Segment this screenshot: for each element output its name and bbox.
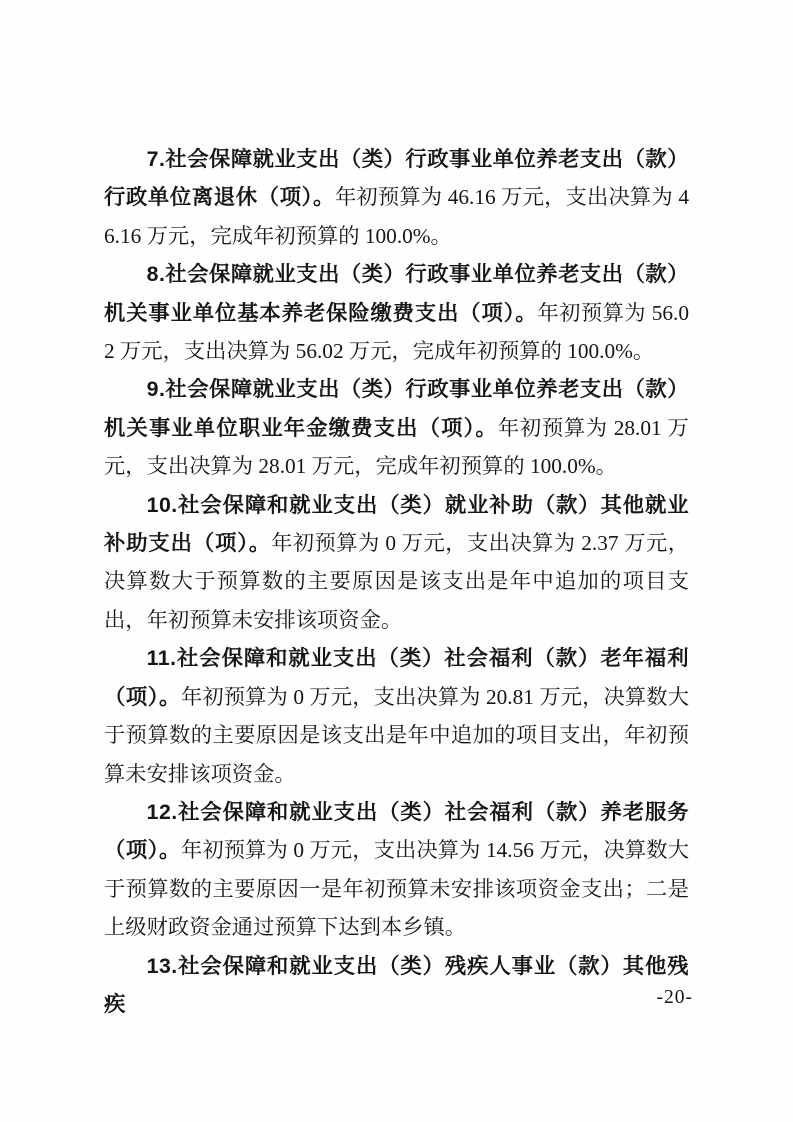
paragraph-body: 年初预算为 0 万元，支出决算为 20.81 万元，决算数大于预算数的主要原因是… <box>104 685 689 786</box>
document-page: 7.社会保障就业支出（类）行政事业单位养老支出（款）行政单位离退休（项）。年初预… <box>0 0 793 1122</box>
paragraph: 8.社会保障就业支出（类）行政事业单位养老支出（款）机关事业单位基本养老保险缴费… <box>104 255 689 370</box>
document-body: 7.社会保障就业支出（类）行政事业单位养老支出（款）行政单位离退休（项）。年初预… <box>104 140 689 1023</box>
page-number: -20- <box>657 986 694 1010</box>
paragraph-body: 年初预算为 0 万元，支出决算为 14.56 万元，决算数大于预算数的主要原因一… <box>104 838 689 939</box>
paragraph: 12.社会保障和就业支出（类）社会福利（款）养老服务（项）。年初预算为 0 万元… <box>104 793 689 947</box>
paragraph-heading: 13.社会保障和就业支出（类）残疾人事业（款）其他残疾 <box>104 954 689 1016</box>
paragraph: 9.社会保障就业支出（类）行政事业单位养老支出（款）机关事业单位职业年金缴费支出… <box>104 370 689 485</box>
paragraph: 13.社会保障和就业支出（类）残疾人事业（款）其他残疾 <box>104 947 689 1024</box>
paragraph: 10.社会保障和就业支出（类）就业补助（款）其他就业补助支出（项）。年初预算为 … <box>104 486 689 640</box>
paragraph: 11.社会保障和就业支出（类）社会福利（款）老年福利（项）。年初预算为 0 万元… <box>104 639 689 793</box>
paragraph: 7.社会保障就业支出（类）行政事业单位养老支出（款）行政单位离退休（项）。年初预… <box>104 140 689 255</box>
